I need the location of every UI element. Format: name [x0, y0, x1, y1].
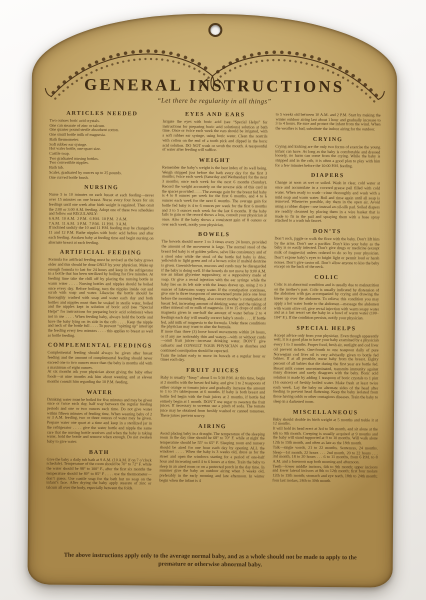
section-heading: COMPLEMENTAL FEEDINGS	[48, 343, 153, 350]
photo-background: GENERAL INSTRUCTIONS “Let there be regul…	[0, 0, 426, 600]
section-artificial-feeding: ARTIFICIAL FEEDING Formula for artificia…	[48, 250, 154, 339]
section-body: Change as soon as wet or soiled. Wash in…	[275, 181, 380, 224]
section-colic: COLIC Colic is an abnormal condition and…	[274, 275, 379, 322]
section-heading: COLIC	[274, 275, 379, 282]
section-weight: WEIGHT Remember the baby’s weight is the…	[162, 158, 268, 228]
instruction-board: GENERAL INSTRUCTIONS “Let there be regul…	[28, 12, 398, 587]
section-special-helps: SPECIAL HELPS Accept advice only from yo…	[273, 325, 379, 405]
section-airing: AIRING Avoid placing baby in a draught. …	[159, 423, 265, 484]
section-body: Two ounces boric acid crystals. One can …	[49, 119, 155, 181]
section-body: Complemental feeding should always be gi…	[47, 351, 152, 385]
section-eyes-and-ears: EYES AND EARS Irrigate the eyes with bor…	[162, 112, 267, 154]
section-bowels: BOWELS The bowels should move 1 to 3 tim…	[160, 232, 266, 364]
section-body: to 5 weeks old between 10 A.M. and 2 P.M…	[275, 113, 380, 133]
section-body: Accept advice only from your physician. …	[273, 333, 379, 405]
column-right: to 5 weeks old between 10 A.M. and 2 P.M…	[272, 113, 381, 546]
section-body: Colic is an abnormal condition and is us…	[274, 283, 379, 322]
section-heading: WATER	[47, 389, 152, 396]
section-heading: FRUIT JUICES	[160, 368, 265, 375]
section-airing-continued: to 5 weeks old between 10 A.M. and 2 P.M…	[275, 113, 380, 133]
section-heading: BATH	[47, 449, 152, 456]
column-left: ARTICLES NEEDED Two ounces boric acid cr…	[46, 111, 155, 544]
section-body: Avoid placing baby in a draught. The tem…	[159, 431, 264, 484]
section-articles-needed: ARTICLES NEEDED Two ounces boric acid cr…	[49, 111, 155, 181]
section-heading: DON’TS	[275, 228, 380, 235]
section-body: Nurse 5 to 10 minutes on each breast at …	[48, 193, 153, 246]
section-heading: AIRING	[160, 423, 265, 430]
section-nursing: NURSING Nurse 5 to 10 minutes on each br…	[48, 185, 154, 246]
section-body: The bowels should move 1 to 3 times ever…	[160, 240, 266, 364]
section-heading: MISCELLANEOUS	[273, 409, 378, 416]
section-donts: DON’TS Don’t rock, jiggle or walk the fl…	[274, 228, 379, 270]
section-body: Crying and kicking are the only two form…	[275, 144, 380, 169]
section-heading: EYES AND EARS	[163, 112, 268, 119]
section-heading: ARTIFICIAL FEEDING	[48, 250, 153, 257]
section-body: Don’t rock, jiggle or walk the floor wit…	[274, 236, 379, 270]
section-fruit-juices: FRUIT JUICES Baby is usually “fussy” abo…	[160, 368, 265, 419]
section-water: WATER Drinking water must be boiled for …	[47, 389, 152, 445]
section-body: Give the baby a daily tub bath at 9 A.M.…	[46, 457, 151, 491]
section-body: Irrigate the eyes with boric acid (see “…	[162, 120, 267, 154]
section-heading: DIAPERS	[275, 173, 380, 180]
section-complemental-feedings: COMPLEMENTAL FEEDINGS Complemental feedi…	[47, 343, 152, 385]
section-body: Remember the baby’s weight is the best i…	[162, 166, 268, 228]
section-body: Formula for artificial feeding must be r…	[48, 258, 154, 339]
section-miscellaneous: MISCELLANEOUS Baby should double its bir…	[272, 409, 378, 484]
section-body: Baby should double its birth weight at 5…	[272, 417, 378, 484]
column-middle: EYES AND EARS Irrigate the eyes with bor…	[159, 112, 268, 545]
footer-note: The above instructions apply only to the…	[53, 552, 367, 572]
section-bath: BATH Give the baby a daily tub bath at 9…	[46, 449, 151, 491]
section-heading: BOWELS	[162, 232, 267, 239]
section-heading: WEIGHT	[162, 158, 267, 165]
section-diapers: DIAPERS Change as soon as wet or soiled.…	[275, 173, 380, 224]
section-body: Drinking water must be boiled for five m…	[47, 397, 152, 445]
section-body: Baby is usually “fussy” about 5 to 5:30 …	[160, 376, 265, 419]
section-heading: NURSING	[49, 185, 154, 192]
floral-garland-icon	[41, 32, 389, 111]
section-heading: ARTICLES NEEDED	[50, 111, 155, 118]
text-columns: ARTICLES NEEDED Two ounces boric acid cr…	[28, 103, 397, 545]
section-crying: CRYING Crying and kicking are the only t…	[275, 136, 380, 169]
section-heading: CRYING	[275, 136, 380, 143]
section-heading: SPECIAL HELPS	[274, 325, 379, 332]
